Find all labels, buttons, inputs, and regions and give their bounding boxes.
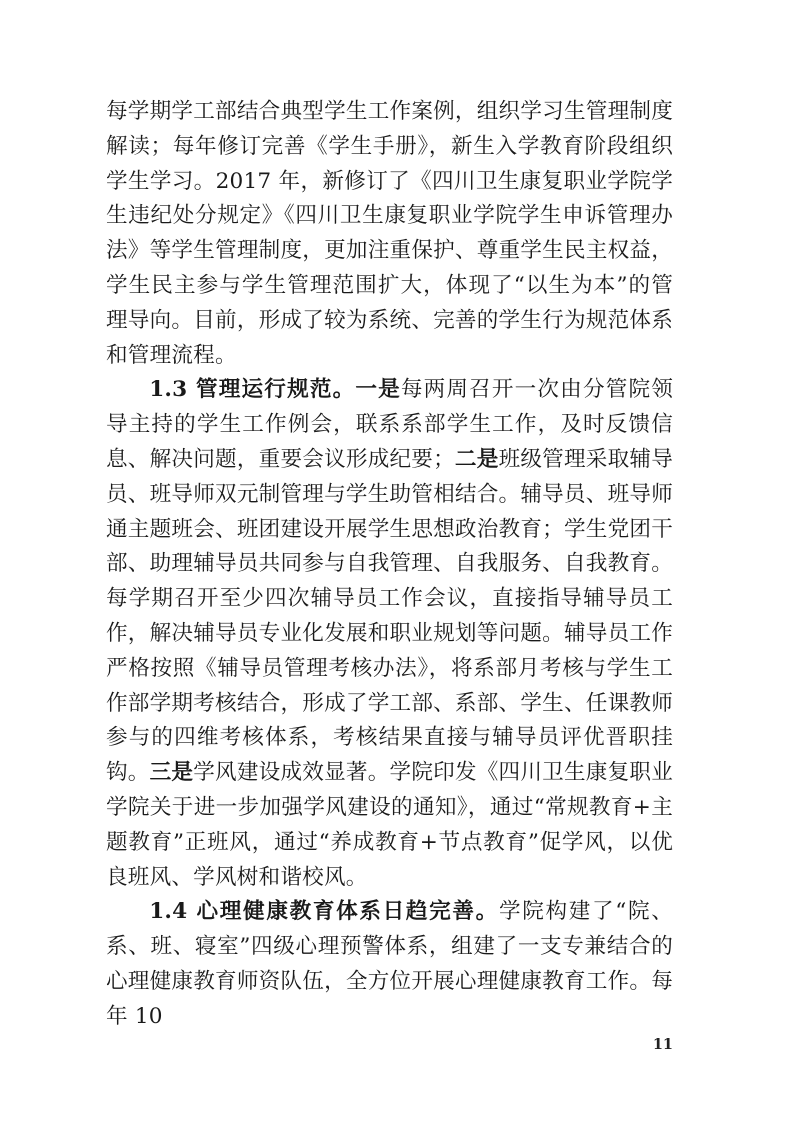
section-1-4-heading: 1.4 心理健康教育体系日趋完善。	[149, 899, 499, 924]
list-marker-san-shi: 三是	[150, 760, 194, 785]
page-body-text: 每学期学工部结合典型学生工作案例，组织学习生管理制度解读；每年修订完善《学生手册…	[106, 95, 673, 1035]
paragraph-text: 班级管理采取辅导员、班导师双元制管理与学生助管相结合。辅导员、班导师通主题班会、…	[106, 447, 673, 785]
paragraph-section-1-3: 1.3 管理运行规范。一是每两周召开一次由分管院领导主持的学生工作例会，联系系部…	[106, 373, 673, 895]
list-marker-er-shi: 二是	[455, 447, 499, 472]
document-page: 每学期学工部结合典型学生工作案例，组织学习生管理制度解读；每年修订完善《学生手册…	[0, 0, 793, 1122]
paragraph-continuation: 每学期学工部结合典型学生工作案例，组织学习生管理制度解读；每年修订完善《学生手册…	[106, 95, 673, 373]
section-1-3-heading: 1.3 管理运行规范。一是	[149, 377, 401, 402]
paragraph-text: 每学期学工部结合典型学生工作案例，组织学习生管理制度解读；每年修订完善《学生手册…	[106, 99, 673, 368]
paragraph-section-1-4: 1.4 心理健康教育体系日趋完善。学院构建了“院、系、班、寝室”四级心理预警体系…	[106, 895, 673, 1034]
page-number: 11	[106, 1036, 673, 1053]
